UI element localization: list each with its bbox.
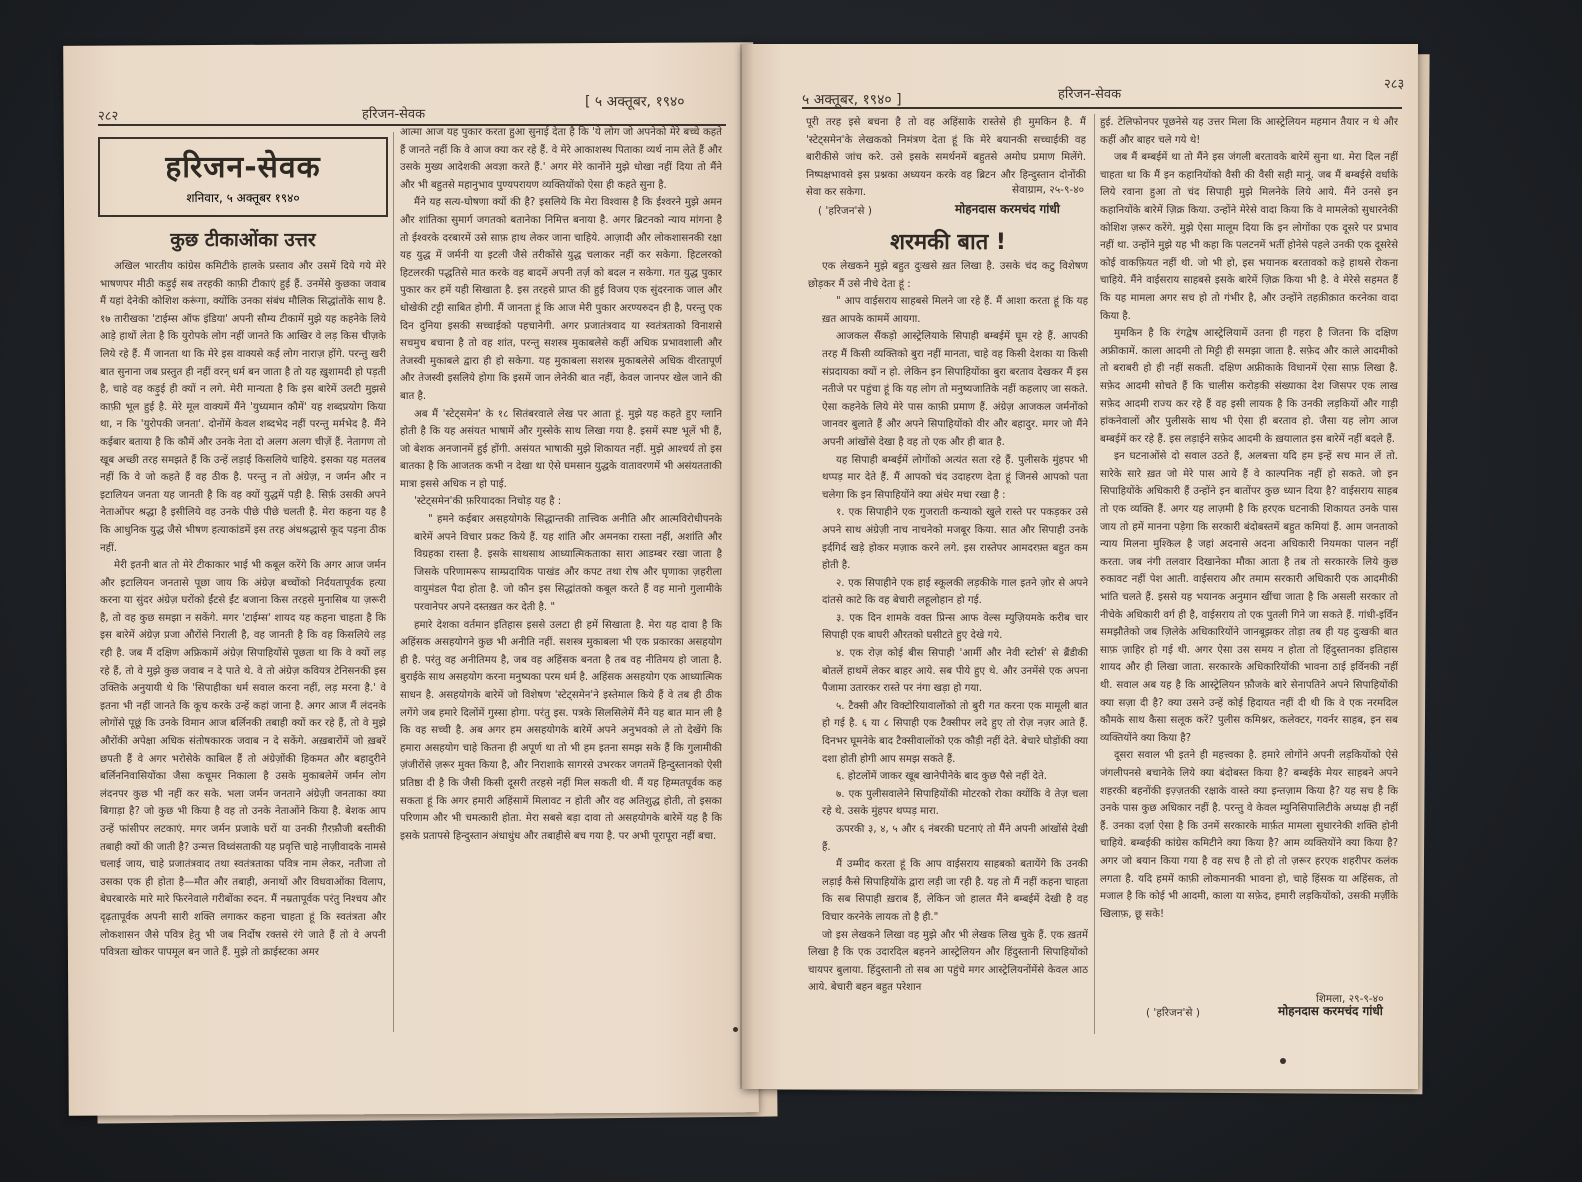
paragraph: हमारे देशका वर्तमान इतिहास इससे उलटा ही …: [400, 617, 722, 846]
list-item: १. एक सिपाहीने एक गुजराती कन्याको खुले र…: [808, 504, 1088, 574]
list-item: ७. एक पुलीसवालेने सिपाहियोंकी मोटरको रोक…: [808, 786, 1088, 821]
right-page-number: २८३: [1384, 74, 1404, 92]
source-note: ( 'हरिजन'से ): [818, 204, 872, 218]
paragraph: जब मैं बम्बईमें था तो मैंने इस जंगली बरत…: [1100, 149, 1398, 325]
list-item: ३. एक दिन शामके वक्त प्रिन्स आफ वेल्स म्…: [808, 610, 1088, 645]
paragraph: मेरी इतनी बात तो मेरे टीकाकार भाई भी कबू…: [100, 557, 386, 962]
left-page-number: २८२: [98, 106, 118, 124]
print-dot: [733, 1027, 738, 1032]
list-item: ६. होटलोंमें जाकर खूब खानेपीनेके बाद कुछ…: [808, 768, 1088, 786]
paragraph: जो इस लेखकने लिखा वह मुझे और भी लेखक लिख…: [808, 927, 1088, 997]
paragraph: अखिल भारतीय कांग्रेस कमिटीके हालके प्रस्…: [100, 258, 386, 557]
paragraph: आत्मा आज यह पुकार करता हुआ सुनाई देता है…: [400, 124, 722, 194]
print-dot: [1280, 1058, 1286, 1064]
right-header-rule: [802, 107, 1402, 109]
quoted-paragraph: ऊपरकी ३, ४, ५ और ६ नंबरकी घटनाएं तो मैंन…: [808, 821, 1088, 856]
paragraph: एक लेखकने मुझे बहुत दुःखसे ख़त लिखा है. …: [808, 258, 1088, 293]
masthead-date: शनिवार, ५ अक्तूबर १९४०: [100, 189, 386, 206]
paragraph: हुई. टेलिफोनपर पूछनेसे यह उत्तर मिला कि …: [1100, 114, 1398, 149]
right-column-2: हुई. टेलिफोनपर पूछनेसे यह उत्तर मिला कि …: [1100, 114, 1398, 994]
column-divider: [1094, 114, 1095, 1034]
list-item: ५. टैक्सी और विक्टोरियावालोंको तो बुरी ग…: [808, 698, 1088, 768]
page-fold-shadow: [740, 44, 754, 1089]
list-item: ४. एक रोज़ कोई बीस सिपाही 'आर्मी और नेवी…: [808, 645, 1088, 698]
quoted-paragraph: आजकल सैंकड़ो आस्ट्रेलियाके सिपाही बम्बईम…: [808, 328, 1088, 451]
left-running-date: [ ५ अक्तूबर, १९४०: [585, 92, 685, 111]
paragraph: मुमकिन है कि रंगद्वेष आस्ट्रेलियामें उतन…: [1100, 325, 1398, 448]
masthead-title: हरिजन-सेवक: [100, 145, 386, 186]
article-title-right: शरमकी बात !: [806, 226, 1090, 256]
left-column-2: आत्मा आज यह पुकार करता हुआ सुनाई देता है…: [400, 124, 722, 1039]
quoted-paragraph: " हमने कईबार असहयोगके सिद्धान्तकी तात्त्…: [400, 511, 722, 617]
quoted-paragraph: यह सिपाही बम्बईमें लोगोंको अत्यंत सता रह…: [808, 452, 1088, 505]
author-signature: मोहनदास करमचंद गांधी: [955, 200, 1060, 217]
author-signature: मोहनदास करमचंद गांधी: [1278, 1002, 1383, 1019]
quoted-paragraph: " आप वाईसराय साहबसे मिलने जा रहे हैं. मै…: [808, 293, 1088, 328]
paragraph: अब मैं 'स्टेट्समेन' के १८ सितंबरवाले लेख…: [400, 406, 722, 494]
place-date-sevagram: सेवाग्राम, २५-९-४०: [1012, 183, 1084, 197]
paragraph: मैंने यह सत्य-घोषणा क्यों की है? इसलिये …: [400, 194, 722, 405]
source-note: ( 'हरिजन'से ): [1146, 1006, 1200, 1020]
right-column-1: एक लेखकने मुझे बहुत दुःखसे ख़त लिखा है. …: [808, 258, 1088, 1048]
list-item: २. एक सिपाहीने एक हाई स्कूलकी लड़कीके गा…: [808, 575, 1088, 610]
column-divider: [393, 132, 394, 1032]
left-running-title: हरिजन-सेवक: [362, 104, 425, 122]
left-column-1: अखिल भारतीय कांग्रेस कमिटीके हालके प्रस्…: [100, 258, 386, 1038]
masthead-box: हरिजन-सेवक शनिवार, ५ अक्तूबर १९४०: [98, 137, 388, 217]
right-running-title: हरिजन-सेवक: [1058, 84, 1121, 102]
paragraph: 'स्टेट्समेन'की फ़रियादका निचोड़ यह है :: [400, 493, 722, 511]
paragraph: दूसरा सवाल भी इतने ही महत्त्वका है. हमार…: [1100, 747, 1398, 923]
article-title-left: कुछ टीकाओंका उत्तर: [98, 226, 388, 252]
paragraph: इन घटनाओंसे दो सवाल उठते हैं, अलबत्ता यद…: [1100, 448, 1398, 747]
quoted-paragraph: मैं उम्मीद करता हूं कि आप वाईसराय साहबको…: [808, 856, 1088, 926]
